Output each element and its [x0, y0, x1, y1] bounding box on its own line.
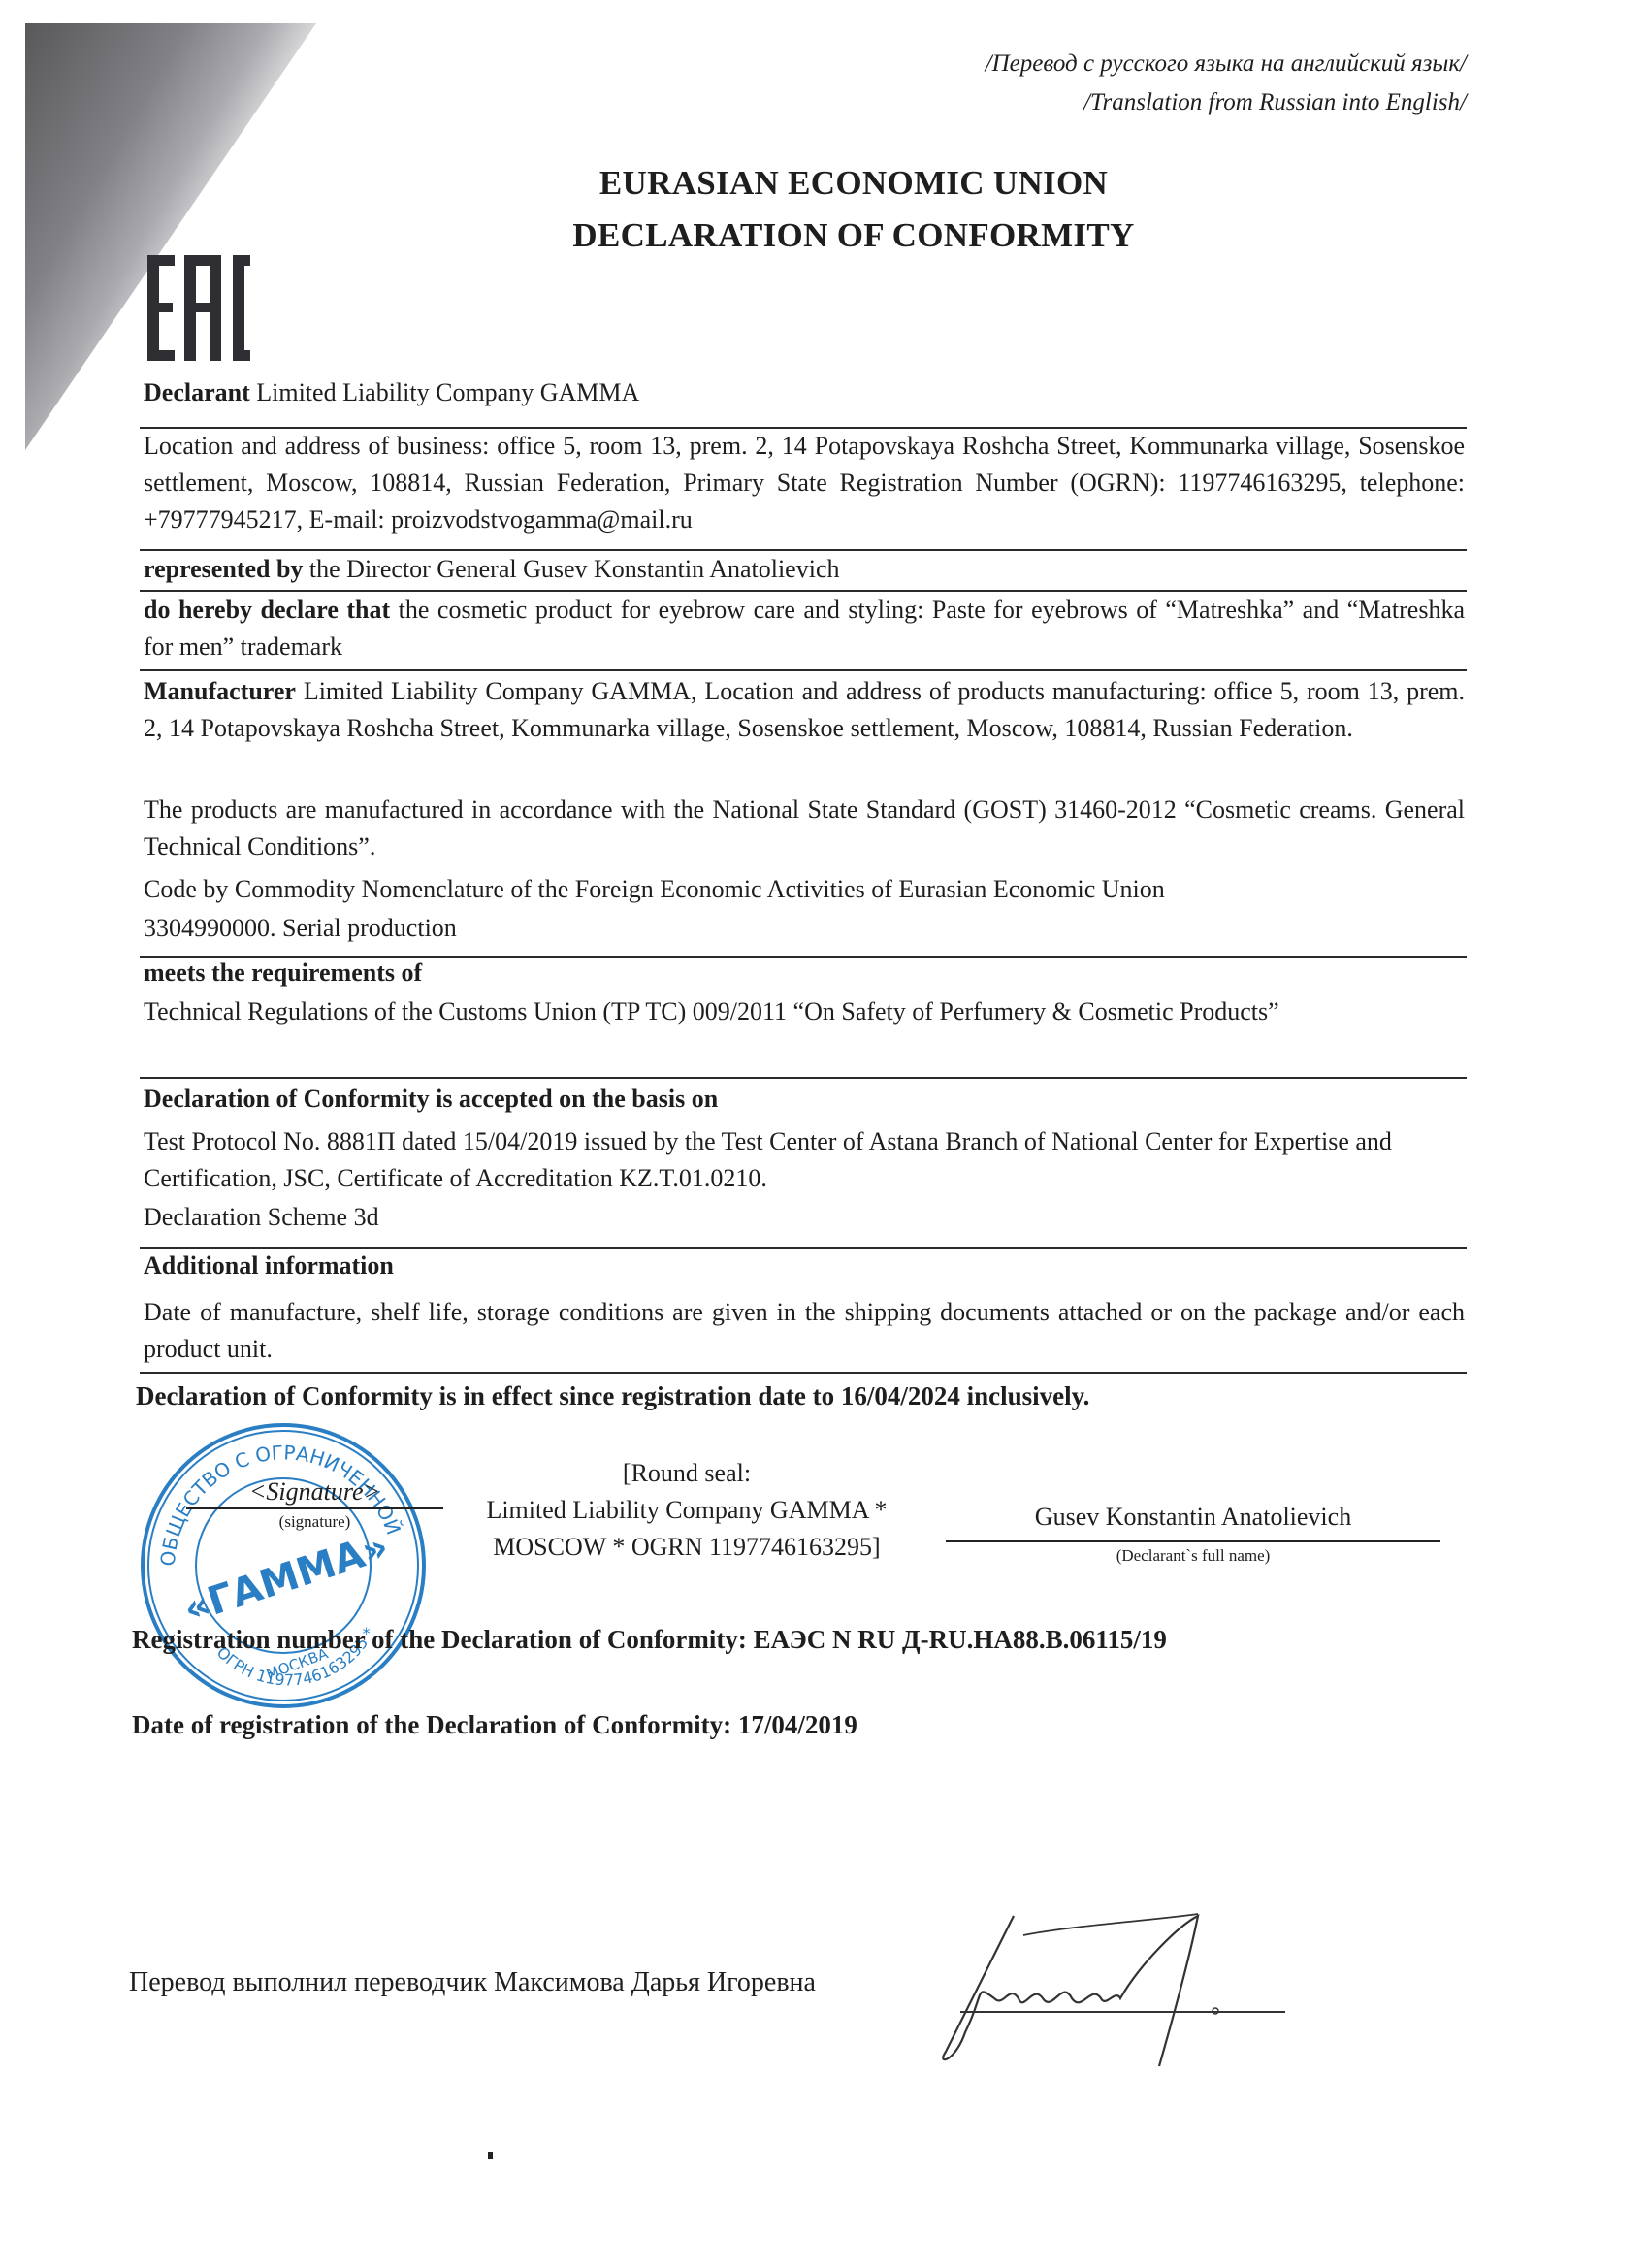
commodity-code-line-1: Code by Commodity Nomenclature of the Fo… [144, 871, 1465, 908]
represented-by-label: represented by [144, 555, 303, 583]
represented-by-section: represented by the Director General Guse… [144, 551, 1465, 588]
signature-block: <Signature> (signature) [186, 1476, 443, 1535]
svg-text:«ГАММА»: «ГАММА» [178, 1524, 394, 1632]
registration-number: Registration number of the Declaration o… [132, 1620, 1167, 1659]
round-seal-text: [Round seal: Limited Liability Company G… [435, 1455, 939, 1566]
document-title: EURASIAN ECONOMIC UNION DECLARATION OF C… [0, 157, 1649, 262]
declarant-name-line [946, 1540, 1440, 1542]
manufacturer-label: Manufacturer [144, 677, 296, 705]
declarant-address: Location and address of business: office… [144, 428, 1465, 538]
translation-note-en: /Translation from Russian into English/ [986, 83, 1467, 122]
declarant-value: Limited Liability Company GAMMA [256, 378, 639, 406]
translation-note: /Перевод с русского языка на английский … [986, 45, 1467, 122]
basis-value: Test Protocol No. 8881П dated 15/04/2019… [144, 1123, 1465, 1197]
manufacturer-section: Manufacturer Limited Liability Company G… [144, 673, 1465, 747]
company-stamp-icon: ОБЩЕСТВО С ОГРАНИЧЕННОЙ ОГРН 11977461632… [136, 1418, 432, 1714]
registration-date: Date of registration of the Declaration … [132, 1705, 857, 1744]
declarant-label: Declarant [144, 378, 250, 406]
manufacturer-value: Limited Liability Company GAMMA, Locatio… [144, 677, 1465, 742]
requirements-value: Technical Regulations of the Customs Uni… [144, 993, 1465, 1030]
translator-signature-icon [907, 1906, 1295, 2071]
seal-line-1: [Round seal: [435, 1455, 939, 1492]
signature-caption: (signature) [186, 1509, 443, 1535]
eac-logo-icon [147, 255, 250, 361]
scan-speck [488, 2152, 493, 2159]
translator-statement: Перевод выполнил переводчик Максимова Да… [129, 1963, 816, 2002]
commodity-code-line-2: 3304990000. Serial production [144, 910, 1465, 947]
translation-note-ru: /Перевод с русского языка на английский … [986, 45, 1467, 83]
title-line-1: EURASIAN ECONOMIC UNION [0, 157, 1649, 210]
basis-scheme: Declaration Scheme 3d [144, 1199, 1465, 1236]
divider [140, 669, 1467, 671]
seal-line-2: Limited Liability Company GAMMA * [435, 1492, 939, 1529]
declaration-label: do hereby declare that [144, 596, 390, 624]
title-line-2: DECLARATION OF CONFORMITY [0, 210, 1649, 262]
validity-statement: Declaration of Conformity is in effect s… [136, 1377, 1457, 1414]
divider [140, 1077, 1467, 1079]
declarant-full-name: Gusev Konstantin Anatolievich [946, 1500, 1440, 1535]
declaration-section: do hereby declare that the cosmetic prod… [144, 592, 1465, 665]
declarant-section: Declarant Limited Liability Company GAMM… [144, 374, 1465, 411]
seal-line-3: MOSCOW * OGRN 1197746163295] [435, 1529, 939, 1566]
represented-by-value: the Director General Gusev Konstantin An… [309, 555, 840, 583]
basis-label: Declaration of Conformity is accepted on… [144, 1081, 1465, 1118]
additional-label: Additional information [144, 1247, 1465, 1284]
declarant-name-caption: (Declarant`s full name) [946, 1544, 1440, 1568]
signature-placeholder: <Signature> [186, 1476, 443, 1507]
requirements-label: meets the requirements of [144, 955, 1465, 991]
additional-value: Date of manufacture, shelf life, storage… [144, 1294, 1465, 1368]
divider [140, 1372, 1467, 1374]
manufacturer-standard: The products are manufactured in accorda… [144, 792, 1465, 865]
